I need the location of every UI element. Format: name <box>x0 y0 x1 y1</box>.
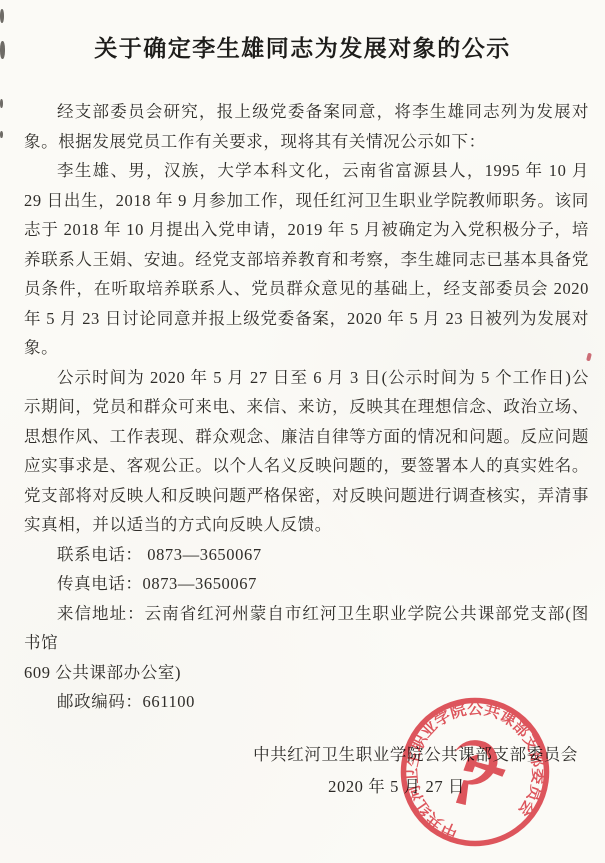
paragraph-intro: 经支部委员会研究，报上级党委备案同意，将李生雄同志列为发展对象。根据发展党员工作… <box>24 97 589 156</box>
scan-artifact <box>0 9 4 23</box>
paragraph-biography: 李生雄、男，汉族，大学本科文化，云南省富源县人，1995 年 10 月 29 日… <box>24 156 589 363</box>
contact-address-line-continued: 609 公共课部办公室) <box>24 658 589 688</box>
scan-artifact <box>0 99 3 108</box>
contact-address-line: 来信地址：云南省红河州蒙自市红河卫生职业学院公共课部党支部(图书馆 <box>24 599 589 658</box>
hammer-sickle-icon: ☭ <box>424 715 525 828</box>
document-title: 关于确定李生雄同志为发展对象的公示 <box>20 34 585 64</box>
scanned-document-page: { "colors": { "paper": "#fbfaf6", "ink":… <box>0 0 605 863</box>
contact-fax-line: 传真电话：0873—3650067 <box>24 569 589 599</box>
scan-artifact <box>0 131 3 138</box>
official-seal: 中共红河卫生职业学院公共课部支部委员会 ☭ <box>394 691 556 853</box>
document-body: 经支部委员会研究，报上级党委备案同意，将李生雄同志列为发展对象。根据发展党员工作… <box>24 97 589 717</box>
contact-phone-line: 联系电话： 0873—3650067 <box>24 540 589 570</box>
scan-artifact-red <box>586 353 592 362</box>
paragraph-notice-period: 公示时间为 2020 年 5 月 27 日至 6 月 3 日(公示时间为 5 个… <box>24 363 589 540</box>
scan-artifact <box>0 41 5 59</box>
